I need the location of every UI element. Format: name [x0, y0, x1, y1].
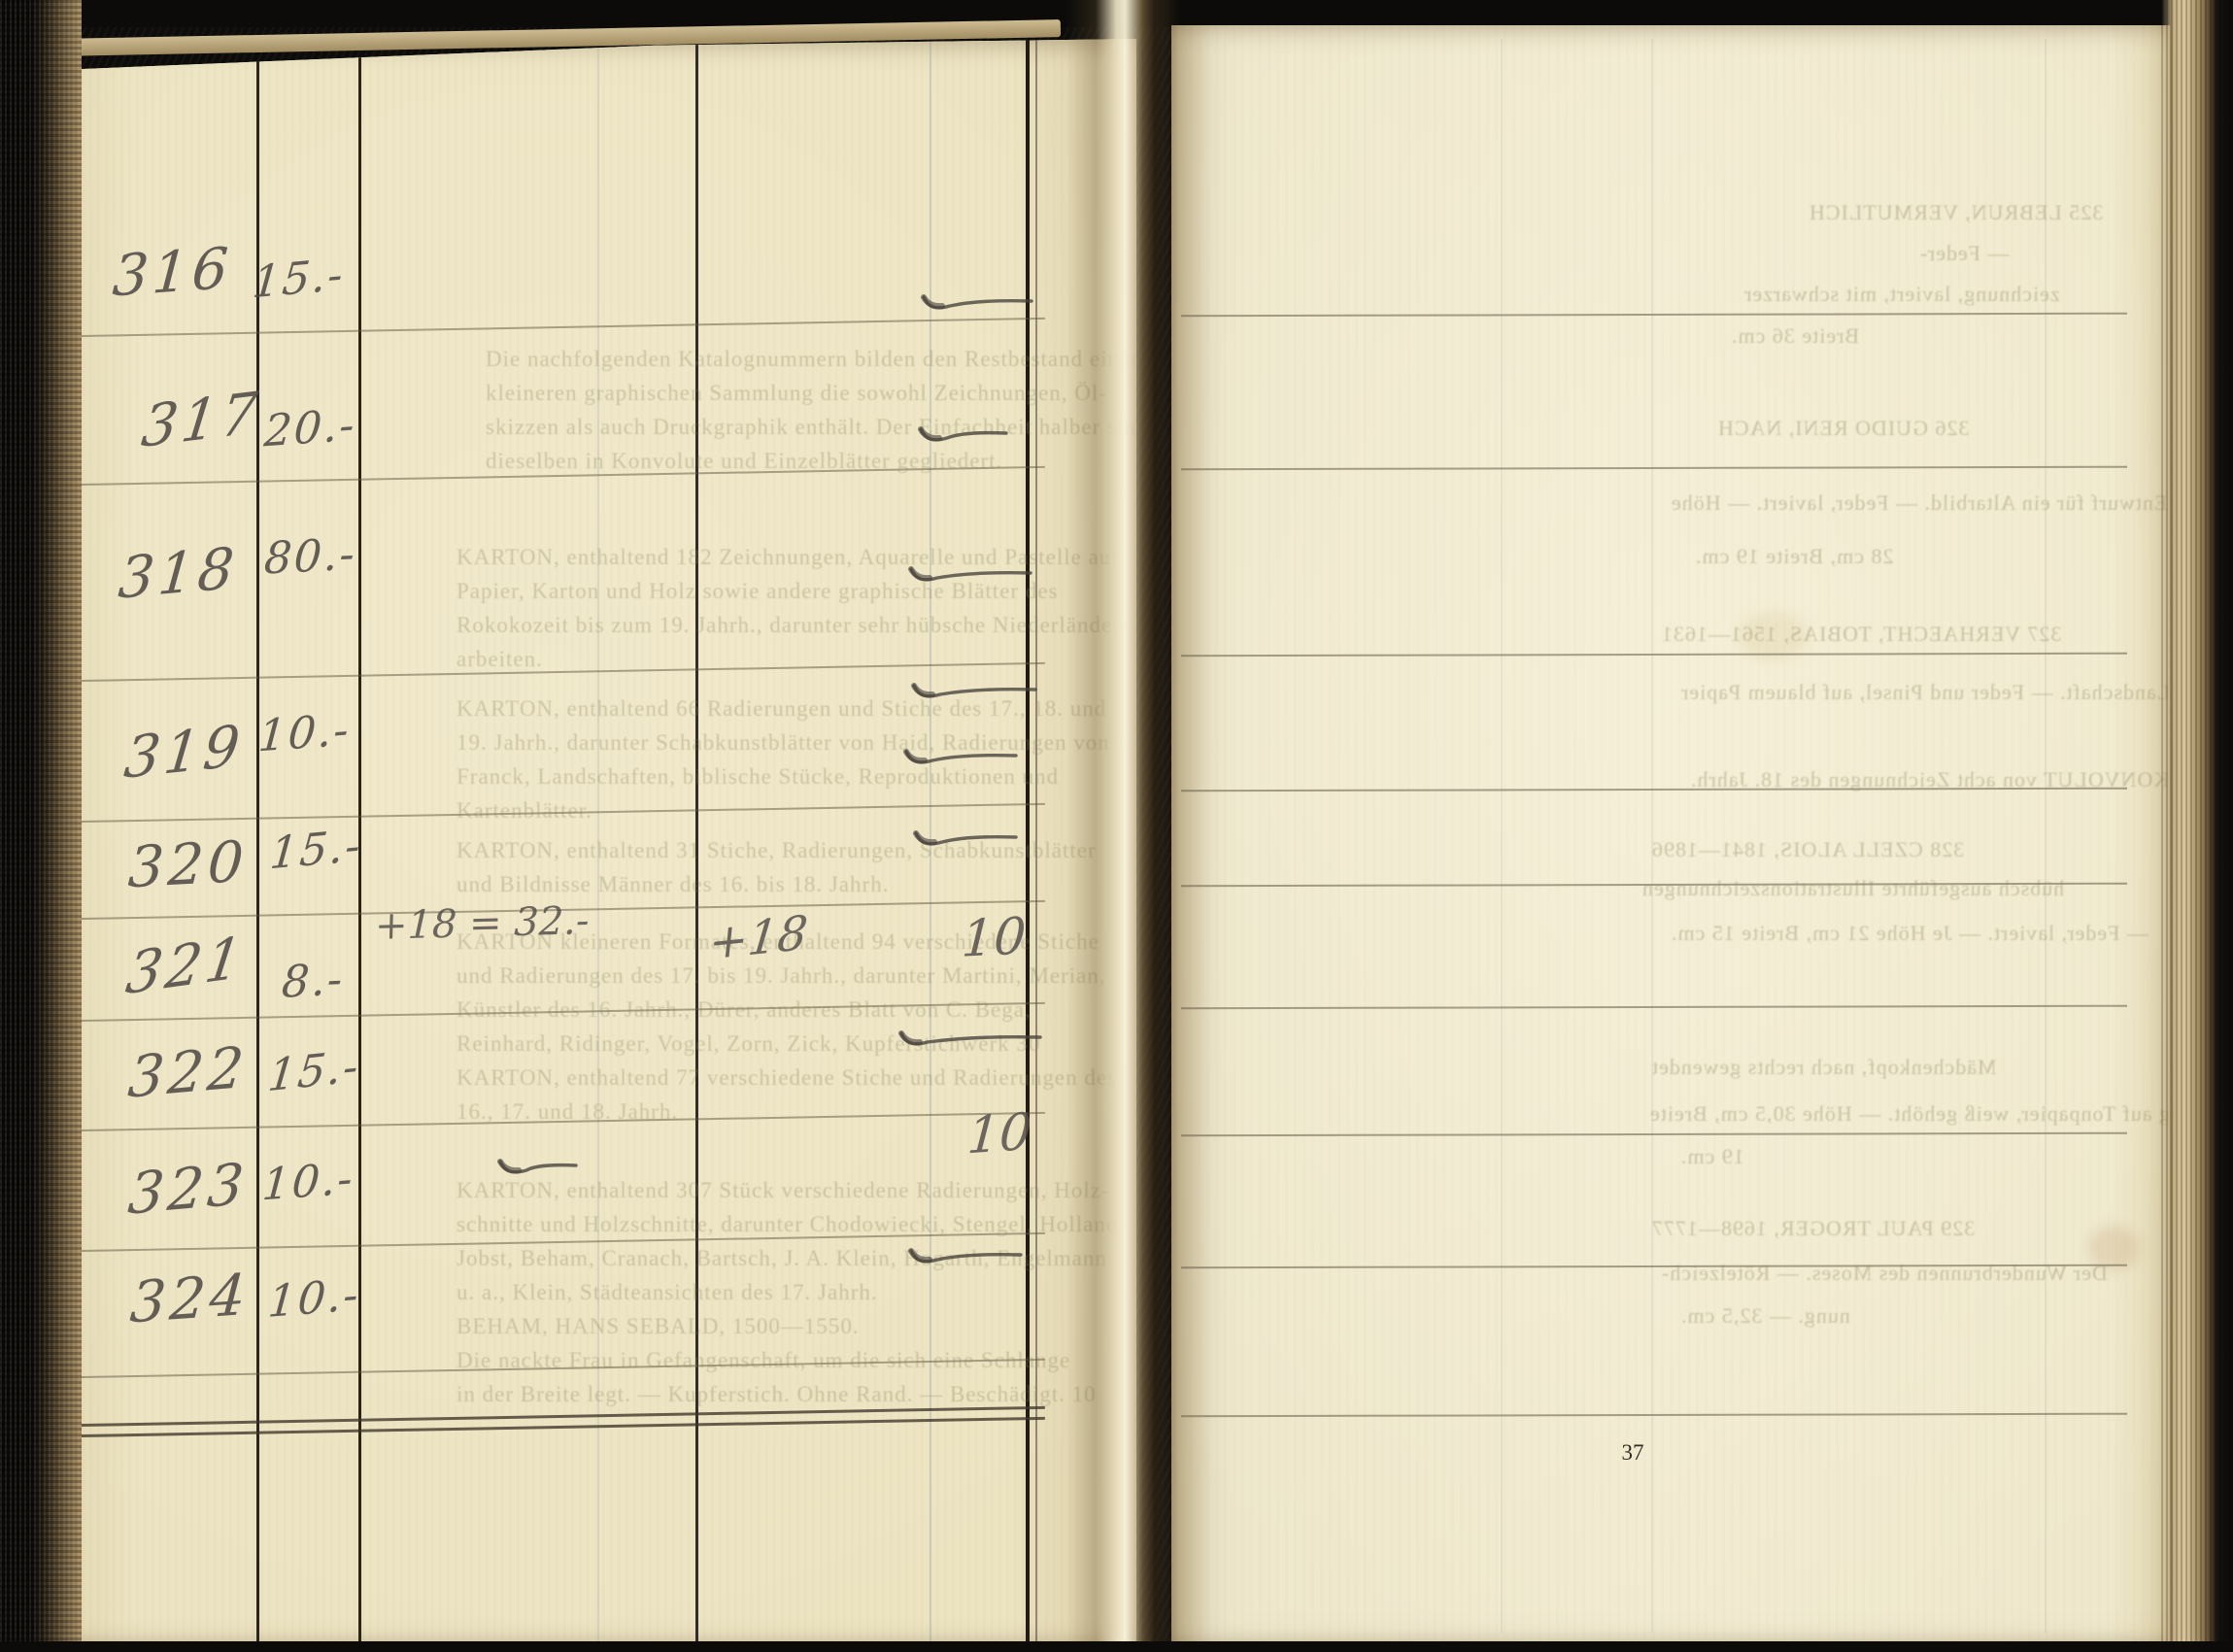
show-through-line [2045, 39, 2047, 1633]
ghost-text-line: 329 PAUL TROGER, 1698—1777 [1651, 1216, 1975, 1241]
handwritten-lot-number: 318 [116, 534, 240, 611]
left-page-layer: Die nachfolgenden Katalognummern bilden … [74, 39, 1136, 1641]
handwritten-annotation: +18 [706, 905, 810, 971]
handwritten-price: 20.- [262, 398, 357, 456]
handwritten-annotation: 10 [960, 907, 1027, 969]
entry-separator-rule [1181, 466, 2127, 471]
handwritten-price: 10.- [256, 703, 352, 761]
ghost-text-line: 325 LEBRUN, VERMUTLICH [1809, 200, 2103, 225]
ghost-text-line: Der Wunderbrunnen des Moses. — Rötelzeic… [1661, 1261, 2108, 1286]
ghost-text-line: schnitte und Holzschnitte, darunter Chod… [457, 1207, 1125, 1241]
ghost-text-line: skizzen als auch Druckgraphik enthält. D… [486, 410, 1136, 444]
handwritten-price: 15.- [268, 820, 364, 880]
show-through-line [1651, 39, 1653, 1633]
pencil-checkmark-stroke [921, 289, 1035, 315]
book-fore-edge [2161, 0, 2233, 1652]
entry-separator-rule [1181, 1413, 2127, 1418]
pencil-checkmark-stroke [913, 826, 1020, 851]
ghost-text-line: Die nachfolgenden Katalognummern bilden … [486, 342, 1136, 376]
entry-separator-rule [1181, 653, 2127, 657]
handwritten-lot-number: 316 [111, 234, 234, 309]
ghost-text-line: Künstler des 16. Jahrh., Dürer, anderes … [457, 993, 1032, 1027]
ghost-text-line: u. a., Klein, Städteansichten des 17. Ja… [457, 1275, 878, 1309]
ghost-text-line: hübsch ausgeführte Illustrationszeichnun… [1641, 876, 2064, 901]
ghost-text-line: Landschaft. — Feder und Pinsel, auf blau… [1680, 680, 2170, 705]
handwritten-lot-number: 320 [126, 828, 249, 901]
handwritten-price: 15.- [251, 249, 347, 309]
ghost-text-line: — Feder- [1919, 241, 2009, 266]
ghost-text-line: in der Breite legt. — Kupferstich. Ohne … [457, 1377, 1097, 1411]
entry-separator-rule [1181, 1132, 2127, 1137]
ghost-text-line: nung. — 32,5 cm. [1680, 1303, 1850, 1329]
book-scan: Die nachfolgenden Katalognummern bilden … [0, 0, 2233, 1652]
handwritten-price: 15.- [265, 1040, 362, 1102]
pencil-checkmark-stroke [908, 1243, 1025, 1268]
ghost-text-line: zeichnung, laviert, mit schwarzer [1743, 282, 2060, 307]
handwritten-lot-number: 317 [138, 379, 264, 461]
ghost-text-line: 326 GUIDO RENI, NACH [1717, 416, 1970, 441]
ghost-text-line: Die nackte Frau in Gefangenschaft, um di… [457, 1343, 1070, 1377]
ghost-text-line: 328 CZELL ALOIS, 1841—1896 [1651, 837, 1964, 862]
show-through-line [1501, 39, 1503, 1633]
pencil-checkmark-stroke [911, 678, 1039, 703]
handwritten-price: 8.- [281, 953, 346, 1008]
pencil-checkmark-stroke [903, 744, 1020, 769]
ghost-text-line: 327 VERHAECHT, TOBIAS, 1561—1631 [1661, 622, 2061, 647]
pencil-checkmark-stroke [898, 1026, 1044, 1051]
handwritten-lot-number: 319 [121, 712, 247, 792]
handwritten-price: 10.- [266, 1268, 362, 1328]
left-page: Die nachfolgenden Katalognummern bilden … [74, 39, 1136, 1641]
ghost-text-line: 16., 17. und 18. Jahrh. [457, 1095, 678, 1129]
handwritten-annotation: +18 = 32.- [374, 898, 590, 949]
scan-background-top [0, 0, 2233, 27]
entry-separator-rule [1181, 1005, 2127, 1010]
entry-separator-rule [1181, 313, 2127, 318]
handwritten-lot-number: 323 [125, 1150, 250, 1227]
ghost-text-line: KONVOLUT von acht Zeichnungen des 18. Ja… [1690, 767, 2169, 792]
ghost-text-line: Breite 36 cm. [1731, 323, 1859, 349]
handwritten-lot-number: 322 [125, 1033, 250, 1110]
handwritten-annotation: 10 [965, 1102, 1033, 1165]
ghost-text-line: kleineren graphischen Sammlung die sowoh… [486, 376, 1107, 410]
ledger-row-separator [82, 318, 1045, 337]
handwritten-price: 10.- [260, 1152, 355, 1210]
ghost-text-line: 19 cm. [1680, 1144, 1744, 1169]
ghost-text-line: dieselben in Konvolute und Einzelblätter… [486, 444, 1002, 478]
ghost-text-line: und Bildnisse Männer des 16. bis 18. Jah… [457, 867, 889, 901]
handwritten-lot-number: 321 [122, 923, 250, 1007]
page-number: 37 [1272, 1440, 1993, 1466]
scan-background-bottom [0, 1641, 2233, 1652]
ghost-text-line: KARTON, enthaltend 77 verschiedene Stich… [457, 1061, 1117, 1095]
ghost-text-line: arbeiten. [457, 642, 543, 676]
ghost-text-line: Entwurf für ein Altarbild. — Feder, lavi… [1671, 490, 2167, 516]
ghost-text-line: Kartenblätter. [457, 793, 592, 827]
right-page: 37 325 LEBRUN, VERMUTLICH— Feder-zeichnu… [1171, 25, 2170, 1643]
ghost-text-line: BEHAM, HANS SEBALD, 1500—1550. [457, 1309, 860, 1343]
handwritten-price: 80.- [263, 527, 357, 584]
pencil-checkmark-stroke [497, 1154, 580, 1179]
ghost-text-line: zeichnung auf Tonpapier, weiß gehöht. — … [1649, 1101, 2170, 1127]
right-page-layer: 37 325 LEBRUN, VERMUTLICH— Feder-zeichnu… [1171, 25, 2170, 1643]
book-edge-left [0, 0, 82, 1652]
ghost-text-line: Mädchenkopf, nach rechts gewendet [1651, 1055, 1997, 1080]
pencil-checkmark-stroke [918, 421, 1010, 447]
handwritten-lot-number: 324 [128, 1261, 252, 1335]
ledger-heavy-rule [82, 1417, 1045, 1437]
ghost-text-line: Rokokozeit bis zum 19. Jahrh., darunter … [457, 608, 1129, 642]
ghost-text-line: 28 cm, Breite 19 cm. [1695, 544, 1894, 569]
ghost-text-line: — Feder, laviert. — Je Höhe 21 cm, Breit… [1671, 921, 2148, 946]
pencil-checkmark-stroke [908, 561, 1034, 587]
ledger-row-separator [82, 662, 1045, 682]
